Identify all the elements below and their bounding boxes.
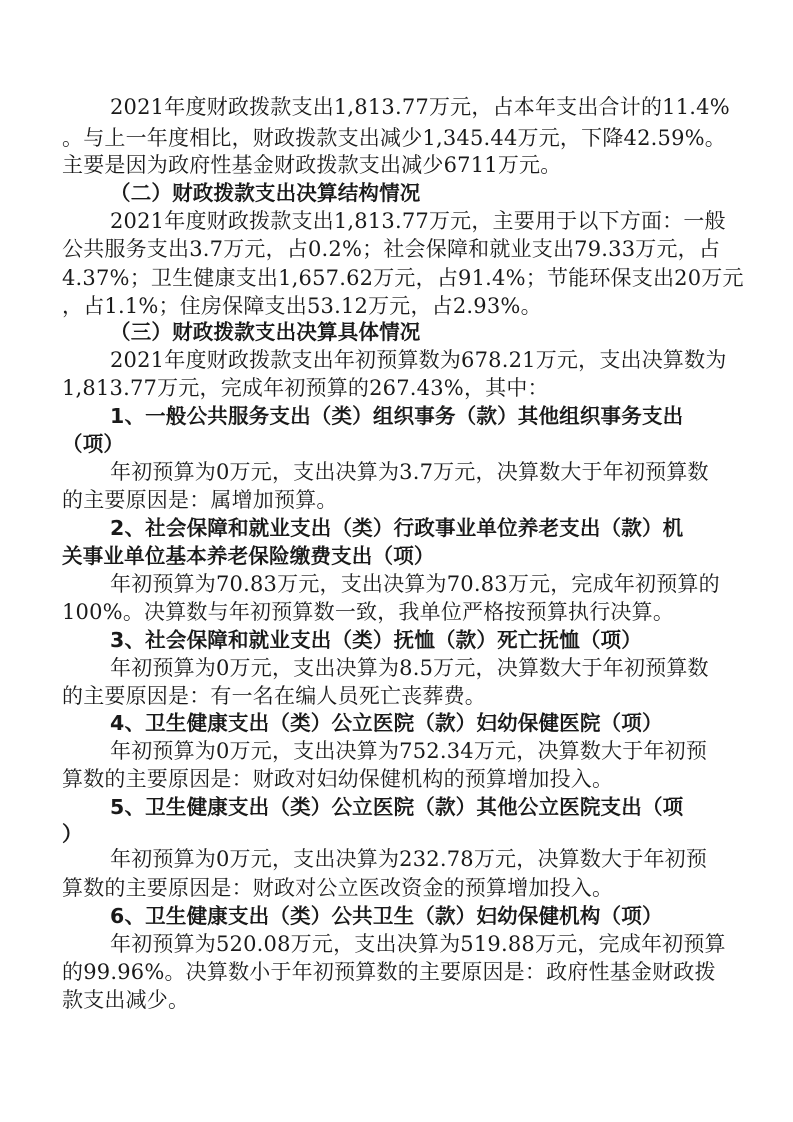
document-page: 2021年度财政拨款支出1,813.77万元，占本年支出合计的11.4%。与上一…: [0, 0, 793, 1122]
paragraph-line: ，占1.1%；住房保障支出53.12万元，占2.93%。: [62, 292, 542, 320]
section-heading-line: 4、卫生健康支出（类）公立医院（款）妇幼保健医院（项）: [110, 709, 663, 737]
section-heading-line: 5、卫生健康支出（类）公立医院（款）其他公立医院支出（项: [110, 793, 683, 821]
section-heading-line: ）: [62, 820, 83, 848]
paragraph-line: 公共服务支出3.7万元，占0.2%；社会保障和就业支出79.33万元，占: [62, 235, 720, 263]
paragraph-line: 的主要原因是：属增加预算。: [62, 486, 338, 514]
paragraph-line: 算数的主要原因是：财政对公立医改资金的预算增加投入。: [62, 874, 613, 902]
paragraph-line: 年初预算为0万元，支出决算为8.5万元，决算数大于年初预算数: [110, 654, 709, 682]
section-heading-line: （项）: [62, 430, 124, 458]
paragraph-line: 2021年度财政拨款支出1,813.77万元，主要用于以下方面：一般: [110, 207, 726, 235]
paragraph-line: 款支出减少。: [62, 986, 189, 1014]
section-heading-line: 2、社会保障和就业支出（类）行政事业单位养老支出（款）机: [110, 514, 683, 542]
paragraph-line: 的99.96%。决算数小于年初预算数的主要原因是：政府性基金财政拨: [62, 958, 716, 986]
section-heading-line: （三）财政拨款支出决算具体情况: [110, 318, 421, 346]
paragraph-line: 年初预算为70.83万元，支出决算为70.83万元，完成年初预算的: [110, 570, 720, 598]
paragraph-line: 。与上一年度相比，财政拨款支出减少1,345.44万元，下降42.59%。: [62, 124, 726, 152]
paragraph-line: 年初预算为520.08万元，支出决算为519.88万元，完成年初预算: [110, 930, 726, 958]
paragraph-line: 年初预算为0万元，支出决算为752.34万元，决算数大于年初预: [110, 737, 707, 765]
section-heading-line: 6、卫生健康支出（类）公共卫生（款）妇幼保健机构（项）: [110, 902, 663, 930]
paragraph-line: 2021年度财政拨款支出1,813.77万元，占本年支出合计的11.4%: [110, 93, 730, 121]
section-heading-line: 1、一般公共服务支出（类）组织事务（款）其他组织事务支出: [110, 402, 683, 430]
paragraph-line: 4.37%；卫生健康支出1,657.62万元，占91.4%；节能环保支出20万元: [62, 264, 744, 292]
paragraph-line: 年初预算为0万元，支出决算为232.78万元，决算数大于年初预: [110, 845, 707, 873]
paragraph-line: 算数的主要原因是：财政对妇幼保健机构的预算增加投入。: [62, 765, 613, 793]
paragraph-line: 年初预算为0万元，支出决算为3.7万元，决算数大于年初预算数: [110, 458, 709, 486]
paragraph-line: 1,813.77万元，完成年初预算的267.43%，其中：: [62, 374, 549, 402]
section-heading-line: （二）财政拨款支出决算结构情况: [110, 179, 421, 207]
paragraph-line: 100%。决算数与年初预算数一致，我单位严格按预算执行决算。: [62, 598, 674, 626]
paragraph-line: 2021年度财政拨款支出年初预算数为678.21万元，支出决算数为: [110, 346, 727, 374]
paragraph-line: 的主要原因是：有一名在编人员死亡丧葬费。: [62, 682, 486, 710]
paragraph-line: 主要是因为政府性基金财政拨款支出减少6711万元。: [62, 151, 561, 179]
section-heading-line: 3、社会保障和就业支出（类）抚恤（款）死亡抚恤（项）: [110, 626, 642, 654]
section-heading-line: 关事业单位基本养老保险缴费支出（项）: [62, 542, 435, 570]
